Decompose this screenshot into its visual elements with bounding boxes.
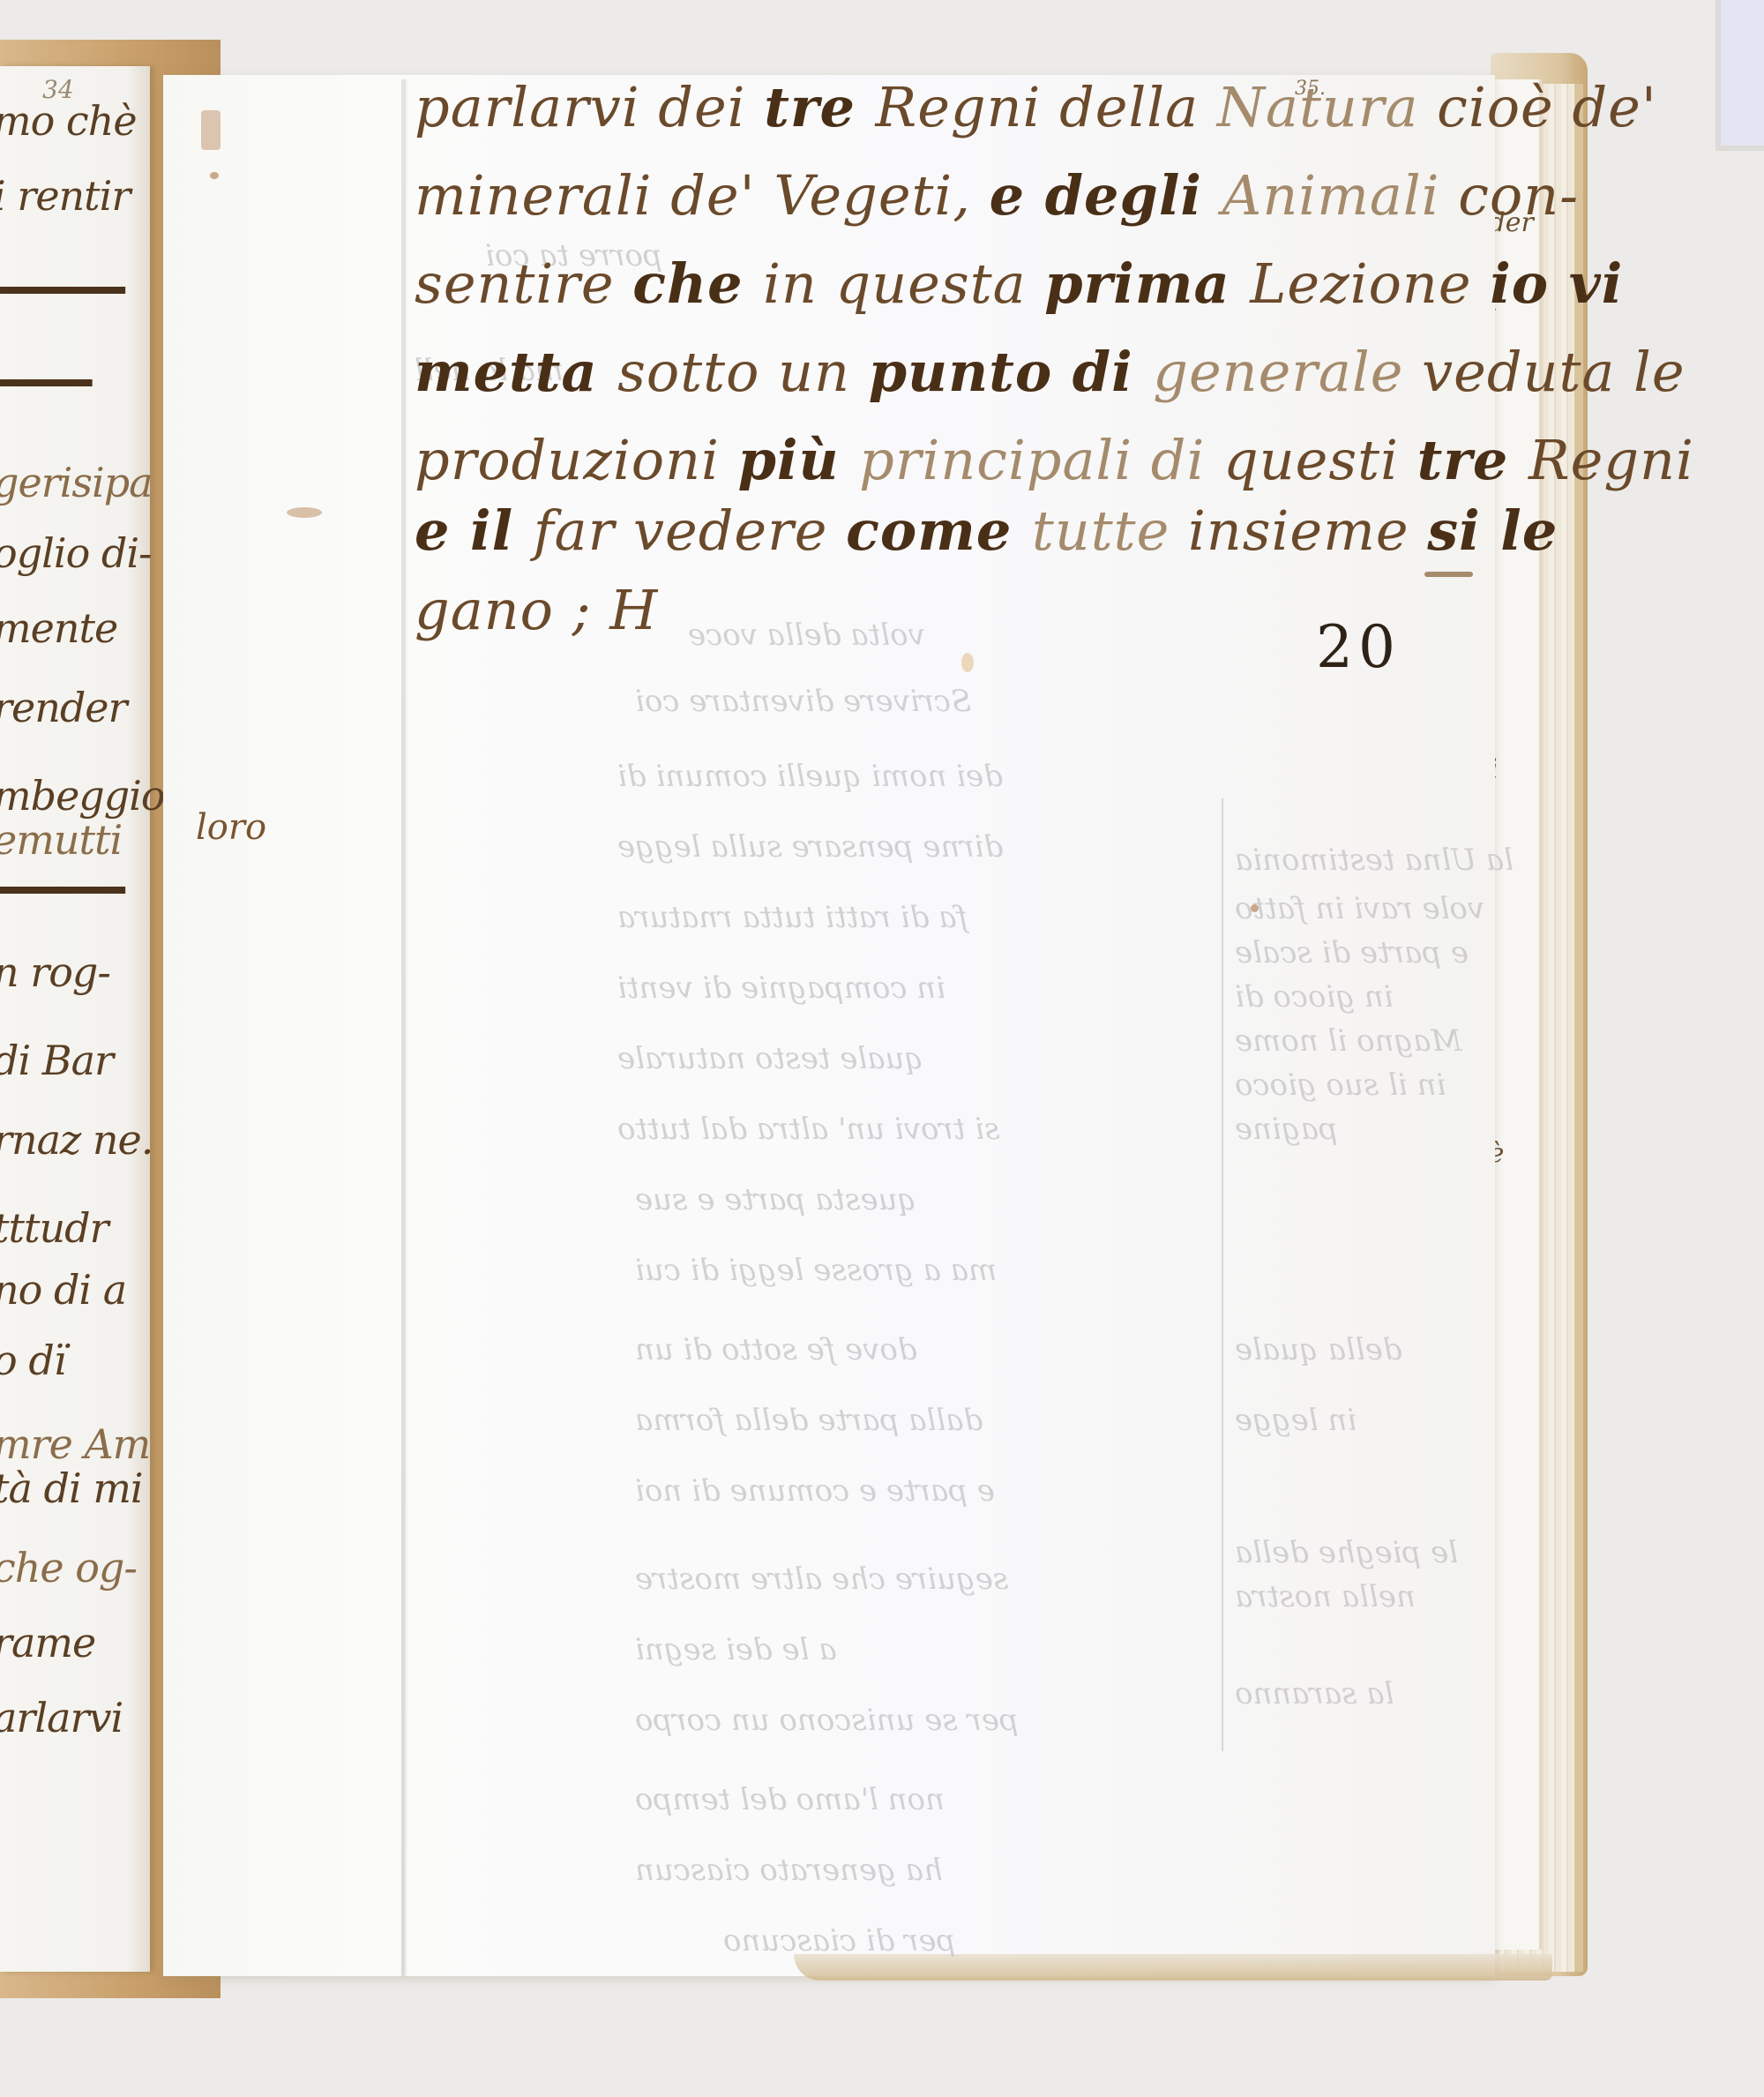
handwritten-word-group: parlarvi dei [415, 75, 764, 139]
left-page-line: rnaz ne. [0, 1116, 153, 1164]
handwritten-word-group: tutte [1032, 498, 1188, 563]
handwritten-word-group: e degli [990, 163, 1222, 228]
left-page-line: rame [0, 1619, 95, 1666]
stain [961, 653, 974, 672]
handwritten-word-group: far [534, 498, 633, 563]
bleed-through-line: la saranno [1235, 1676, 1394, 1711]
left-page-line: arlarvi [0, 1694, 123, 1741]
bleed-through-line: ma a grosse leggi di cui [635, 1253, 997, 1288]
handwritten-word-group: insieme [1188, 498, 1427, 563]
bleed-through-line: della quale [1235, 1332, 1402, 1367]
handwritten-word-group: generale [1153, 340, 1422, 404]
bleed-through-line: in compagnie di venti [617, 970, 946, 1006]
left-page-line: i rentir [0, 172, 130, 220]
handwritten-word-group: minerali [415, 163, 670, 228]
printed-page-number: 20 [1316, 613, 1401, 681]
bleed-through-line: dalla parte della forma [635, 1403, 983, 1438]
bleed-through-line: quale testo naturale [617, 1041, 923, 1076]
margin-note: loro [196, 807, 266, 848]
handwritten-word-group: de' Vegeti, [670, 163, 989, 228]
left-page-line: n rog- [0, 948, 110, 996]
handwritten-word-group: vedere [633, 498, 846, 563]
handwritten-line: parlarvi dei tre Regni della Natura cioè… [415, 75, 1657, 139]
handwritten-word-group: gano [415, 578, 572, 642]
line-end-mark [1424, 572, 1473, 577]
bleed-through-line: in gioco di [1235, 979, 1394, 1015]
left-page-line: ~~~~ [0, 265, 125, 312]
handwritten-line: gano ; H [415, 578, 658, 642]
handwritten-word-group: e il [415, 498, 534, 563]
bleed-through-line: Scrivere diventare coi [635, 684, 971, 719]
left-page-line: mo chè [0, 97, 137, 145]
left-page-line: gerisipa [0, 459, 153, 506]
bleed-through-line: volta della voce [688, 618, 925, 653]
handwritten-word-group: cioè de' [1437, 75, 1657, 139]
handwritten-word-group: tre [1417, 428, 1529, 492]
bleed-through-line: per di ciascuno [723, 1923, 955, 1958]
handwritten-line: sentire che in questa prima Lezione io v… [415, 251, 1623, 316]
handwritten-word-group: veduta le [1422, 340, 1685, 404]
stain [210, 172, 219, 179]
handwritten-line: produzioni più principali di questi tre … [415, 428, 1694, 492]
handwritten-word-group: come [846, 498, 1032, 563]
left-page-line: oglio di- [0, 529, 152, 577]
bleed-through-line: seguire che altre mostre [635, 1562, 1008, 1597]
bleed-through-line: nella nostra [1235, 1579, 1416, 1614]
bleed-through-line: la Ulna testimonia [1235, 843, 1514, 878]
handwritten-line: metta sotto un punto di generale veduta … [415, 340, 1686, 404]
handwritten-word-group: tre [764, 75, 875, 139]
left-page-line: ~~~~ [0, 865, 125, 912]
handwritten-word-group: con- [1458, 163, 1579, 228]
bleed-through-line: in il suo gioco [1235, 1067, 1446, 1103]
handwritten-word-group: punto di [869, 340, 1154, 404]
handwritten-word-group: più [738, 428, 860, 492]
bleed-through-line: si trovi un' altra dal tutto [617, 1112, 1000, 1147]
handwritten-word-group: in questa [763, 251, 1044, 316]
bleed-through-line: vole ravi in fatto [1235, 891, 1484, 926]
left-page-line: tà di mi [0, 1464, 143, 1512]
bleed-through-line: pagine [1235, 1112, 1338, 1147]
bleed-through-line: dove fe sotto di un [635, 1332, 917, 1367]
left-page-line: emutti [0, 816, 122, 864]
handwritten-word-group: che [632, 251, 763, 316]
handwritten-word-group: io vi [1490, 251, 1623, 316]
bleed-through-line: dirne pensare sulla legge [617, 829, 1003, 865]
handwritten-word-group: questi [1223, 428, 1417, 492]
handwritten-word-group: Lezione [1250, 251, 1490, 316]
bleed-through-line: non l'amo del tempo [635, 1782, 945, 1817]
left-page-line: tttudr [0, 1204, 108, 1252]
left-page-line: mente [0, 604, 117, 652]
stain [201, 110, 220, 150]
bleed-through-line: a le dei segni [635, 1632, 837, 1667]
bleed-through-line: dei nomi quelli comuni di [617, 759, 1003, 794]
handwritten-line: minerali de' Vegeti, e degli Animali con… [415, 163, 1579, 228]
handwritten-word-group: metta [415, 340, 617, 404]
left-page-line: mbeggio [0, 772, 165, 820]
handwritten-word-group: Regni [1529, 428, 1694, 492]
bleed-through-line: le pieghe della [1235, 1535, 1458, 1570]
page-fold-line [401, 79, 404, 1976]
handwritten-word-group: Natura [1217, 75, 1437, 139]
stain [287, 507, 322, 518]
handwritten-word-group: ; H [572, 578, 659, 642]
bleed-through-line: e parte e comune di noi [635, 1473, 995, 1509]
bleed-through-line: in legge [1235, 1403, 1357, 1438]
bleed-through-line: fa di ratti tutta rnatura [617, 900, 968, 935]
bleed-margin-rule [1222, 798, 1223, 1751]
left-page-line: mre Am [0, 1420, 150, 1468]
stain [1251, 904, 1259, 912]
left-page-line: di Bar [0, 1037, 113, 1084]
handwritten-word-group: principali di [859, 428, 1223, 492]
left-page-line: render [0, 684, 127, 731]
handwritten-word-group: Regni della [876, 75, 1217, 139]
handwritten-word-group: sentire [415, 251, 632, 316]
bleed-through-line: Magno il nome [1235, 1023, 1461, 1059]
handwritten-line: e il far vedere come tutte insieme si le [415, 498, 1558, 563]
left-page-line: no di a [0, 1266, 126, 1314]
handwritten-word-group: si le [1427, 498, 1558, 563]
left-page-line: o dï [0, 1337, 65, 1384]
handwritten-word-group: prima [1044, 251, 1250, 316]
bleed-through-line: e parte di scale [1235, 935, 1469, 970]
bleed-through-line: per se uniscono un corpo [635, 1703, 1019, 1738]
left-page-line: che og- [0, 1544, 137, 1591]
handwritten-word-group: produzioni [415, 428, 738, 492]
handwritten-word-group: Animali [1222, 163, 1459, 228]
bleed-through-line: ha generato ciascun [635, 1853, 943, 1888]
background-card [1715, 0, 1764, 151]
left-page-line: ~~~ [0, 357, 93, 405]
bleed-through-line: questa parte e sue [635, 1182, 916, 1217]
handwritten-word-group: sotto un [617, 340, 869, 404]
left-page: 34 mo chèi rentir~~~~~~~gerisipaoglio di… [0, 66, 150, 1972]
